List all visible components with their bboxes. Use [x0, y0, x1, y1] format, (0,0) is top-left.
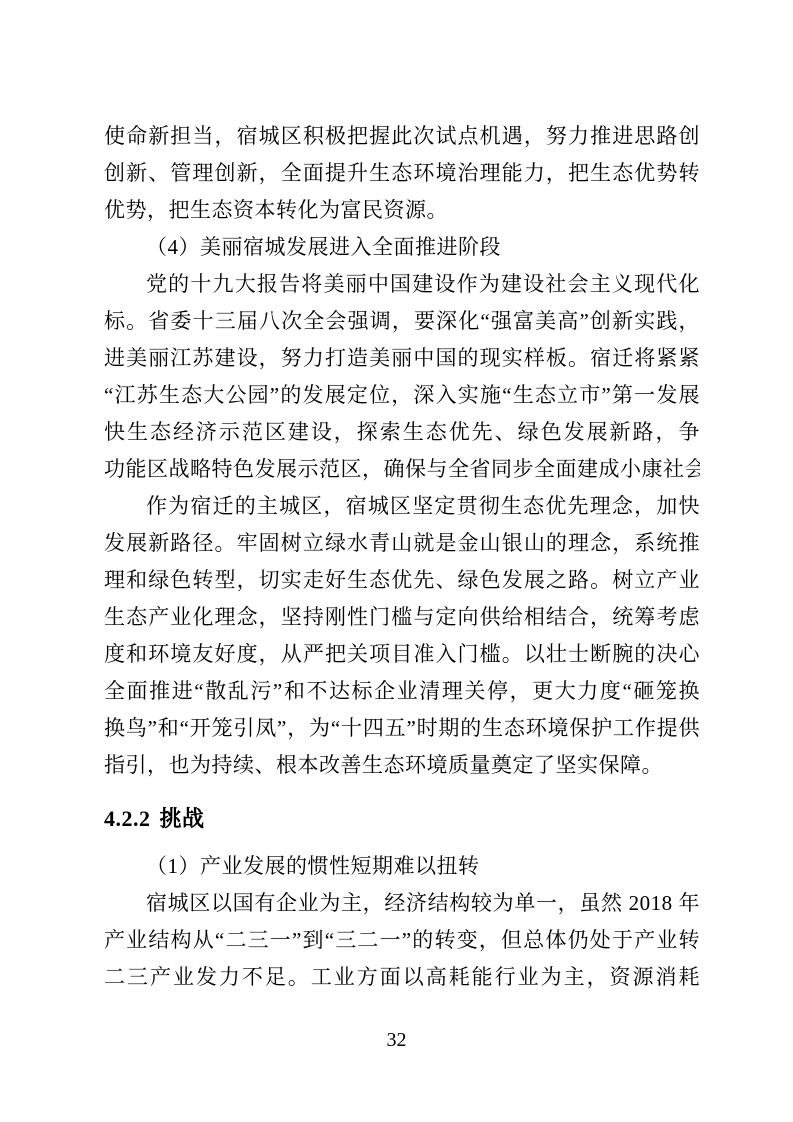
text-line: 功能区战略特色发展示范区，确保与全省同步全面建成小康社会。: [104, 451, 700, 488]
text-line: 宿城区以国有企业为主，经济结构较为单一，虽然 2018 年首次实现: [104, 885, 700, 922]
text-line: 发展新路径。牢固树立绿水青山就是金山银山的理念，系统推进生态治: [104, 525, 700, 562]
text-line: 标。省委十三届八次全会强调，要深化“强富美高”创新实践，高起点推: [104, 303, 700, 340]
document-page: 使命新担当，宿城区积极把握此次试点机遇，努力推进思路创新、技术 创新、管理创新，…: [0, 0, 793, 1122]
text-line: 进美丽江苏建设，努力打造美丽中国的现实样板。宿迁将紧紧围绕建设: [104, 340, 700, 377]
text-line: 党的十九大报告将美丽中国建设作为建设社会主义现代化的重要目: [104, 266, 700, 303]
text-line: 优势，把生态资本转化为富民资源。: [104, 192, 700, 229]
section-heading-4-2-2: 4.2.2挑战: [104, 800, 700, 837]
paragraph-beautiful-sucheng: 党的十九大报告将美丽中国建设作为建设社会主义现代化的重要目 标。省委十三届八次全…: [104, 266, 700, 488]
text-line: 二三产业发力不足。工业方面以高耗能行业为主，资源消耗大，环境污: [104, 959, 700, 996]
text-line: 换鸟”和“开笼引凤”，为“十四五”时期的生态环境保护工作提供了方向和: [104, 710, 700, 747]
section-title: 挑战: [160, 806, 205, 831]
text-line: 全面推进“散乱污”和不达标企业清理关停，更大力度“砸笼换绿”、“腾笼: [104, 673, 700, 710]
page-body-text: 使命新担当，宿城区积极把握此次试点机遇，努力推进思路创新、技术 创新、管理创新，…: [104, 118, 700, 996]
item-1-heading: （1）产业发展的惯性短期难以扭转: [104, 848, 700, 885]
text-line: 快生态经济示范区建设，探索生态优先、绿色发展新路，争当“1+3”重点: [104, 414, 700, 451]
text-line: 度和环境友好度，从严把关项目准入门槛。以壮士断腕的决心和力度，: [104, 636, 700, 673]
text-line: 作为宿迁的主城区，宿城区坚定贯彻生态优先理念，加快开辟绿色: [104, 488, 700, 525]
paragraph-sucheng-practice: 作为宿迁的主城区，宿城区坚定贯彻生态优先理念，加快开辟绿色 发展新路径。牢固树立…: [104, 488, 700, 784]
paragraph-challenge: 宿城区以国有企业为主，经济结构较为单一，虽然 2018 年首次实现 产业结构从“…: [104, 885, 700, 996]
text-line: 产业结构从“二三一”到“三二一”的转变，但总体仍处于产业转型阶段，: [104, 922, 700, 959]
item-4-heading: （4）美丽宿城发展进入全面推进阶段: [104, 229, 700, 266]
page-number: 32: [0, 1022, 793, 1059]
section-number: 4.2.2: [104, 806, 151, 831]
text-line: 创新、管理创新，全面提升生态环境治理能力，把生态优势转化为发展: [104, 155, 700, 192]
text-line: “江苏生态大公园”的发展定位，深入实施“生态立市”第一发展战略，加: [104, 377, 700, 414]
text-line: 理和绿色转型，切实走好生态优先、绿色发展之路。树立产业生态化、: [104, 562, 700, 599]
text-line: 生态产业化理念，坚持刚性门槛与定向供给相结合，统筹考虑产业契合: [104, 599, 700, 636]
text-line: 使命新担当，宿城区积极把握此次试点机遇，努力推进思路创新、技术: [104, 118, 700, 155]
text-line: 指引，也为持续、根本改善生态环境质量奠定了坚实保障。: [104, 747, 700, 784]
paragraph-carryover: 使命新担当，宿城区积极把握此次试点机遇，努力推进思路创新、技术 创新、管理创新，…: [104, 118, 700, 229]
